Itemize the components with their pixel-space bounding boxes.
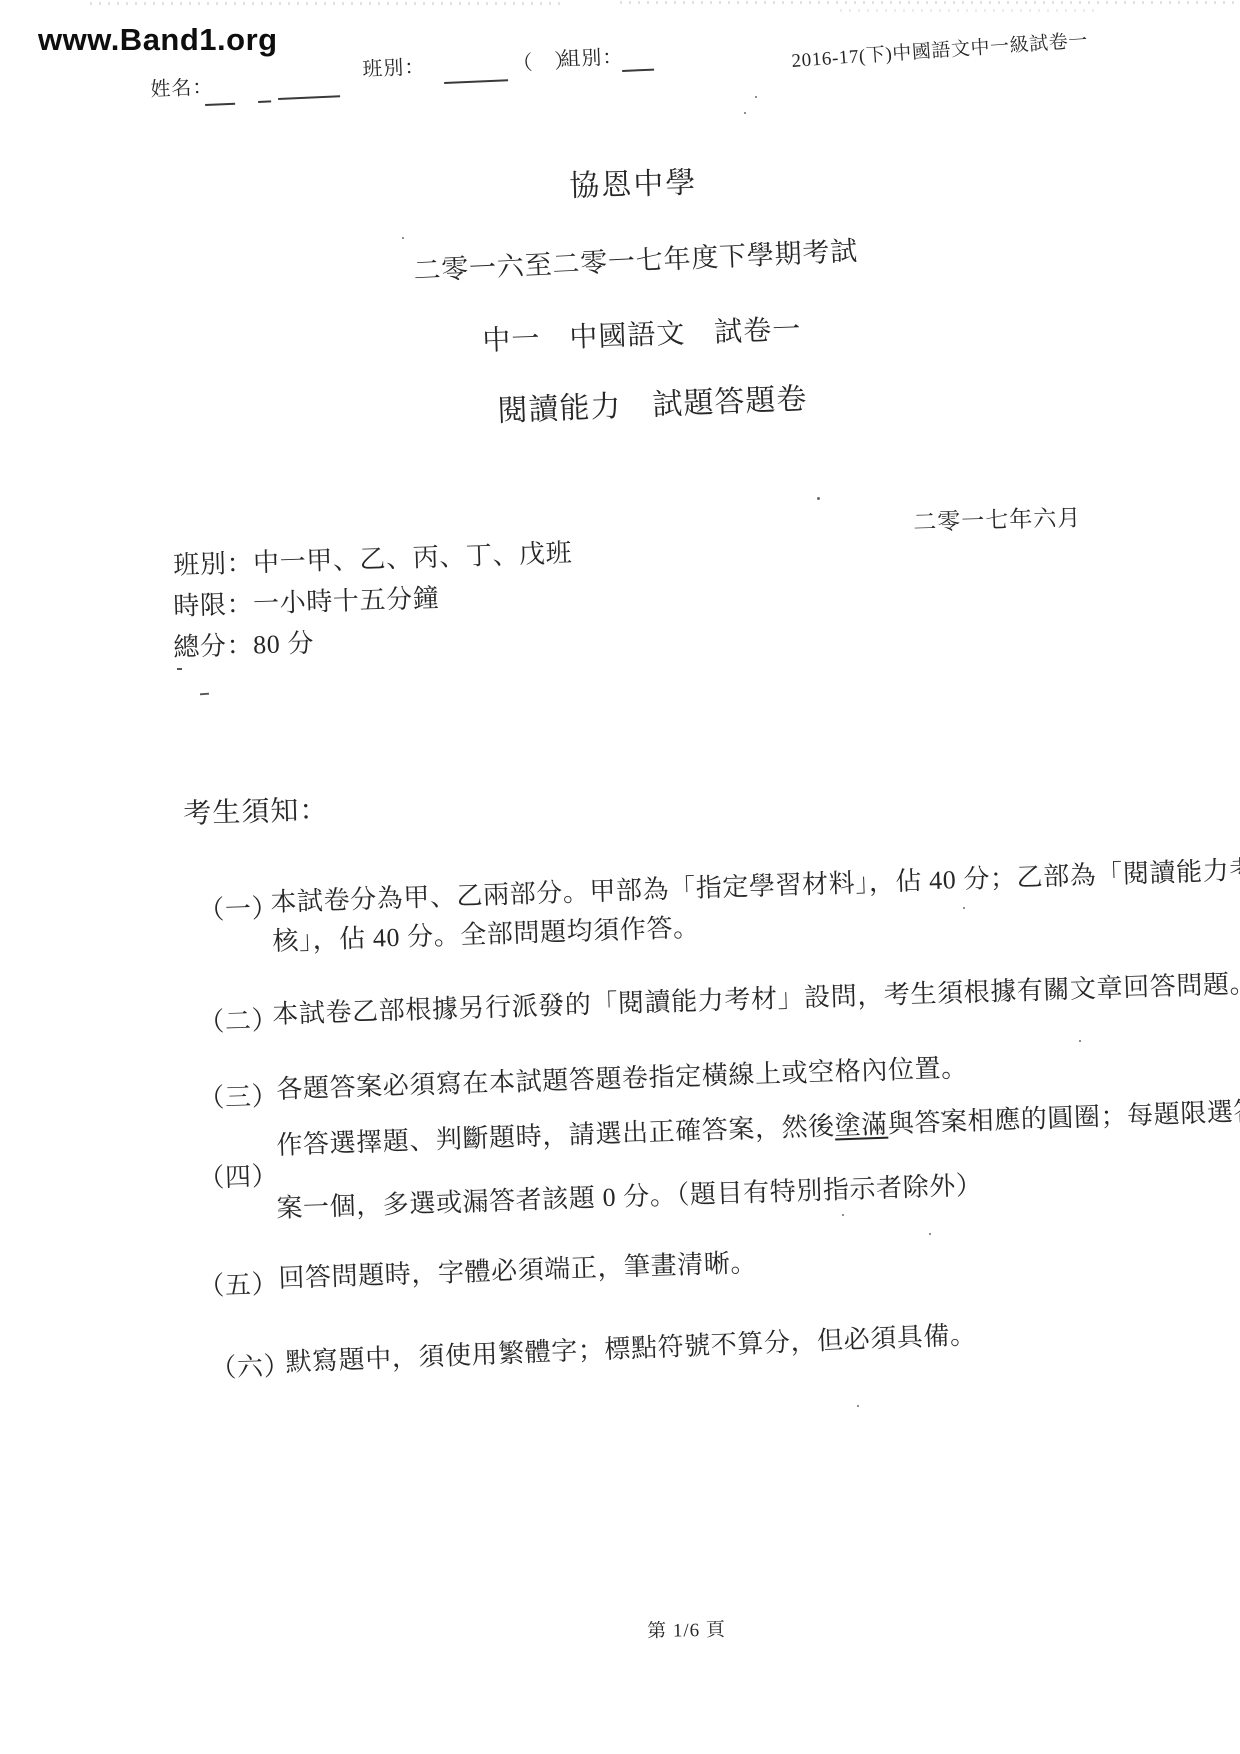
scan-speck [929, 1233, 931, 1235]
notice-item-text: 本試卷分為甲、乙兩部分。甲部為「指定學習材料」，佔 40 分；乙部為「閱讀能力考 [270, 857, 1240, 916]
class-field-label: 班別： [362, 57, 426, 80]
notice-heading: 考生須知： [183, 797, 329, 829]
scan-noise-strip [90, 2, 560, 5]
scan-dash-mark [177, 668, 182, 670]
scan-noise-strip [840, 9, 1100, 12]
notice-item-text-segment: 與答案相應的圓圈；每題限選答 [887, 1097, 1240, 1139]
paper-code: 2016-17(下)中國語文中一級試卷一 [791, 31, 1089, 71]
site-watermark: www.Band1.org [38, 24, 278, 55]
notice-item-text: 作答選擇題、判斷題時，請選出正確答案，然後塗滿與答案相應的圓圈；每題限選答 [276, 1099, 1240, 1159]
scan-speck [755, 96, 757, 98]
notice-item-number: （四） [198, 1163, 279, 1191]
exam-date: 二零一七年六月 [913, 506, 1082, 534]
name-field-label: 姓名： [150, 77, 214, 100]
scan-speck [402, 237, 404, 239]
notice-item-underlined-word: 塗滿 [834, 1110, 888, 1141]
class-blank-line [444, 77, 508, 84]
scan-speck [1079, 1040, 1081, 1042]
notice-item-text-segment: 作答選擇題、判斷題時，請選出正確答案，然後 [276, 1112, 835, 1160]
scan-noise-strip [620, 1, 1240, 4]
info-total-marks: 總分：80 分 [173, 631, 314, 661]
notice-item-number: （六） [210, 1353, 291, 1381]
scan-speck [941, 1112, 943, 1114]
page-number: 第 1/6 頁 [647, 1621, 726, 1641]
scan-speck [857, 1405, 859, 1407]
notice-item-text: 各題答案必須寫在本試題答題卷指定橫線上或空格內位置。 [276, 1055, 968, 1103]
notice-item-number: （一） [198, 895, 279, 923]
scan-dash-mark [200, 693, 209, 696]
paper-subject-title: 中一 中國語文 試卷一 [482, 316, 802, 356]
scan-speck [963, 907, 965, 909]
notice-item-text: 回答問題時，字體必須端正，筆畫清晰。 [278, 1250, 757, 1292]
info-time-limit: 時限：一小時十五分鐘 [173, 586, 440, 620]
school-name-title: 協恩中學 [569, 168, 698, 202]
exam-year-title: 二零一六至二零一七年度下學期考試 [413, 238, 859, 285]
notice-item-number: （五） [198, 1271, 279, 1299]
group-blank-line [622, 67, 654, 72]
scan-speck [744, 112, 746, 114]
scanned-exam-page: www.Band1.org 2016-17(下)中國語文中一級試卷一 姓名： 班… [0, 0, 1240, 1754]
name-blank-line [258, 98, 271, 103]
group-field-label: 組別： [560, 47, 624, 70]
info-classes: 班別：中一甲、乙、丙、丁、戊班 [173, 540, 573, 579]
notice-item-text: 本試卷乙部根據另行派發的「閱讀能力考材」設問，考生須根據有關文章回答問題。 [272, 971, 1240, 1028]
scan-speck [842, 1214, 844, 1216]
notice-item-text: 核」，佔 40 分。全部問題均須作答。 [272, 915, 700, 955]
notice-item-text: 默寫題中，須使用繁體字；標點符號不算分，但必須具備。 [285, 1322, 977, 1376]
notice-item-number: （二） [198, 1007, 279, 1035]
name-blank-line [205, 101, 235, 106]
notice-item-text: 案一個，多選或漏答者該題 0 分。（題目有特別指示者除外） [276, 1173, 983, 1222]
paper-section-title: 閱讀能力 試題答題卷 [497, 385, 808, 427]
notice-item-number: （三） [198, 1083, 279, 1111]
scan-speck [817, 497, 820, 500]
name-blank-line [278, 93, 340, 100]
